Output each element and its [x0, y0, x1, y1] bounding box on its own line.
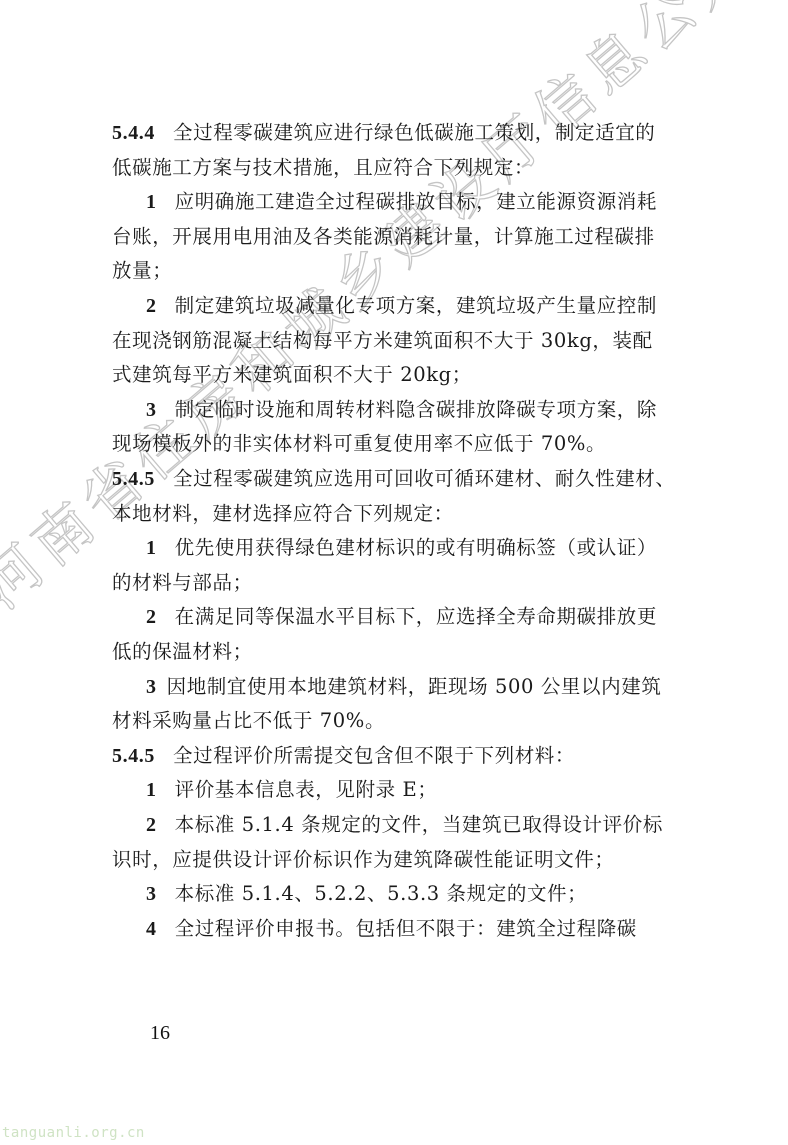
item-number: 3 — [146, 399, 157, 421]
clause-number: 5.4.5 — [112, 468, 155, 490]
line-text: 放量； — [112, 259, 172, 282]
clause-heading: 5.4.4全过程零碳建筑应进行绿色低碳施工策划，制定适宜的 — [112, 116, 682, 150]
item-number: 1 — [146, 779, 157, 801]
line-text: 低的保温材料； — [112, 640, 253, 663]
text-line: 现场模板外的非实体材料可重复使用率不应低于 70%。 — [112, 427, 682, 461]
text-line: 本地材料，建材选择应符合下列规定： — [112, 497, 682, 531]
clause-heading: 5.4.5全过程评价所需提交包含但不限于下列材料： — [112, 739, 682, 773]
line-text: 识时，应提供设计评价标识作为建筑降碳性能证明文件； — [112, 848, 615, 871]
clause-heading: 5.4.5全过程零碳建筑应选用可回收可循环建材、耐久性建材、 — [112, 462, 682, 496]
line-text: 现场模板外的非实体材料可重复使用率不应低于 70%。 — [112, 432, 606, 455]
line-text: 本地材料，建材选择应符合下列规定： — [112, 502, 454, 525]
text-line: 在现浇钢筋混凝土结构每平方米建筑面积不大于 30kg，装配 — [112, 324, 682, 358]
line-text: 优先使用获得绿色建材标识的或有明确标签（或认证） — [175, 536, 657, 559]
list-item: 1应明确施工建造全过程碳排放目标，建立能源资源消耗 — [146, 185, 716, 219]
item-number: 2 — [146, 606, 157, 628]
line-text: 应明确施工建造全过程碳排放目标，建立能源资源消耗 — [175, 190, 657, 213]
item-number: 4 — [146, 918, 157, 940]
text-line: 材料采购量占比不低于 70%。 — [112, 704, 682, 738]
text-line: 台账，开展用电用油及各类能源消耗计量，计算施工过程碳排 — [112, 220, 682, 254]
line-text: 因地制宜使用本地建筑材料，距现场 500 公里以内建筑 — [167, 675, 662, 698]
list-item: 3因地制宜使用本地建筑材料，距现场 500 公里以内建筑 — [146, 670, 716, 704]
text-line: 的材料与部品； — [112, 566, 682, 600]
page-number: 16 — [150, 1022, 170, 1045]
list-item: 2在满足同等保温水平目标下，应选择全寿命期碳排放更 — [146, 600, 716, 634]
list-item: 2制定建筑垃圾减量化专项方案，建筑垃圾产生量应控制 — [146, 289, 716, 323]
line-text: 材料采购量占比不低于 70%。 — [112, 709, 385, 732]
list-item: 1优先使用获得绿色建材标识的或有明确标签（或认证） — [146, 531, 716, 565]
item-number: 2 — [146, 295, 157, 317]
text-line: 低的保温材料； — [112, 635, 682, 669]
list-item: 4全过程评价申报书。包括但不限于：建筑全过程降碳 — [146, 912, 716, 946]
line-text: 在满足同等保温水平目标下，应选择全寿命期碳排放更 — [175, 605, 657, 628]
line-text: 制定建筑垃圾减量化专项方案，建筑垃圾产生量应控制 — [175, 294, 657, 317]
line-text: 台账，开展用电用油及各类能源消耗计量，计算施工过程碳排 — [112, 225, 655, 248]
item-number: 1 — [146, 191, 157, 213]
text-line: 低碳施工方案与技术措施，且应符合下列规定： — [112, 151, 682, 185]
clause-number: 5.4.5 — [112, 745, 155, 767]
line-text: 全过程零碳建筑应进行绿色低碳施工策划，制定适宜的 — [173, 121, 655, 144]
line-text: 全过程评价所需提交包含但不限于下列材料： — [173, 744, 575, 767]
line-text: 全过程评价申报书。包括但不限于：建筑全过程降碳 — [175, 917, 637, 940]
list-item: 2本标准 5.1.4 条规定的文件，当建筑已取得设计评价标 — [146, 808, 716, 842]
text-line: 式建筑每平方米建筑面积不大于 20kg； — [112, 358, 682, 392]
line-text: 在现浇钢筋混凝土结构每平方米建筑面积不大于 30kg，装配 — [112, 329, 653, 352]
list-item: 3制定临时设施和周转材料隐含碳排放降碳专项方案，除 — [146, 393, 716, 427]
line-text: 式建筑每平方米建筑面积不大于 20kg； — [112, 363, 472, 386]
list-item: 3本标准 5.1.4、5.2.2、5.3.3 条规定的文件； — [146, 877, 716, 911]
item-number: 2 — [146, 814, 157, 836]
text-line: 识时，应提供设计评价标识作为建筑降碳性能证明文件； — [112, 843, 682, 877]
text-line: 放量； — [112, 254, 682, 288]
line-text: 本标准 5.1.4 条规定的文件，当建筑已取得设计评价标 — [175, 813, 663, 836]
document-page: 河南省住房和城乡建设厅信息公开浏览专用 5.4.4全过程零碳建筑应进行绿色低碳施… — [0, 0, 788, 1145]
line-text: 低碳施工方案与技术措施，且应符合下列规定： — [112, 156, 534, 179]
item-number: 3 — [146, 676, 157, 698]
line-text: 全过程零碳建筑应选用可回收可循环建材、耐久性建材、 — [173, 467, 676, 490]
line-text: 本标准 5.1.4、5.2.2、5.3.3 条规定的文件； — [175, 882, 588, 905]
clause-number: 5.4.4 — [112, 122, 155, 144]
site-watermark: tanguanli.org.cn — [2, 1125, 145, 1141]
list-item: 1评价基本信息表，见附录 E； — [146, 773, 716, 807]
item-number: 3 — [146, 883, 157, 905]
line-text: 评价基本信息表，见附录 E； — [175, 778, 438, 801]
item-number: 1 — [146, 537, 157, 559]
line-text: 制定临时设施和周转材料隐含碳排放降碳专项方案，除 — [175, 398, 657, 421]
line-text: 的材料与部品； — [112, 571, 253, 594]
